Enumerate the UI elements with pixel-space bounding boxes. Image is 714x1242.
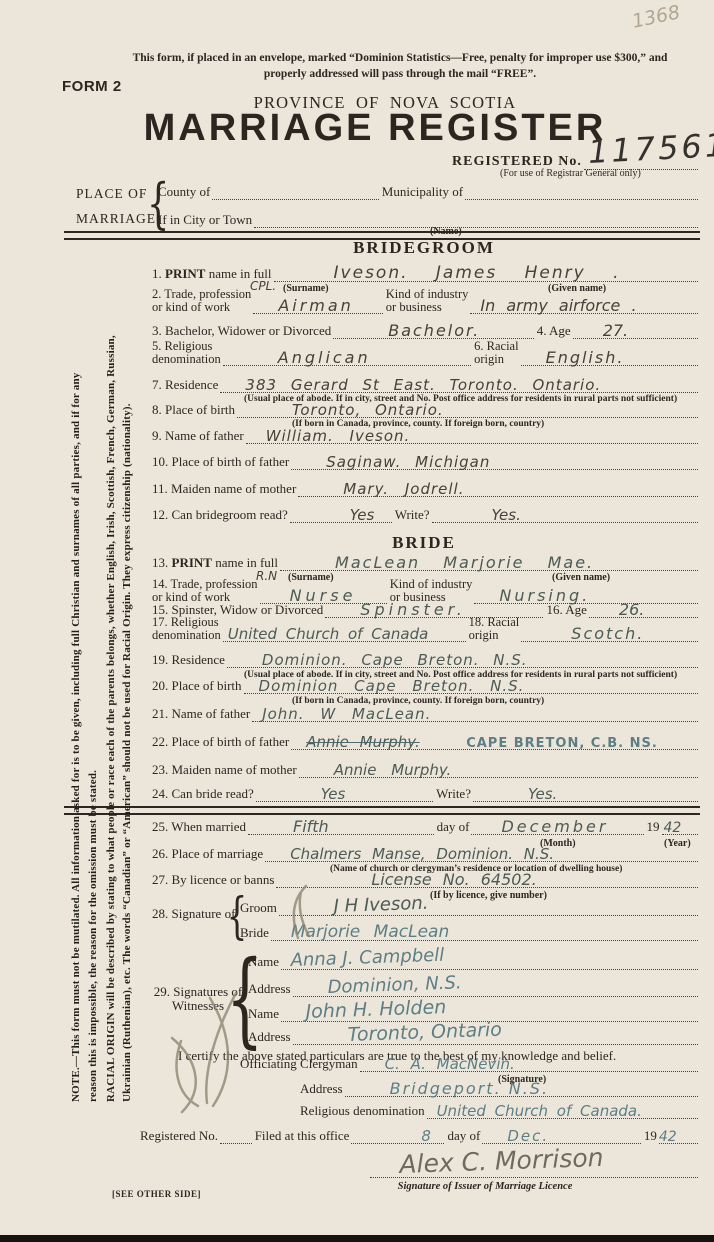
city-town-label: If in City or Town [158, 212, 254, 228]
bride-read-value: Yes [321, 785, 346, 803]
county-row: County of Municipality of [158, 180, 698, 200]
groom-trade-label: 2. Trade, professionor kind of work [152, 288, 253, 314]
sidebar-note-line3: RACIAL ORIGIN will be described by stati… [105, 335, 117, 1102]
filed-dayof-label: day of [447, 1128, 482, 1144]
groom-mother-value: Mary. Jodrell. [343, 480, 464, 498]
groom-write-value: Yes. [492, 506, 521, 524]
bride-signature-row: Bride Marjorie MacLean [240, 921, 698, 941]
bride-read-line: Yes [256, 799, 433, 802]
mail-instructions-line2: properly addressed will pass through the… [110, 66, 690, 82]
witness1-name-value: Anna J. Campbell [290, 945, 444, 971]
licence-line: License No. 64502. [276, 885, 698, 888]
bride-signature-line: Marjorie MacLean [271, 938, 698, 941]
groom-mother-label: 11. Maiden name of mother [152, 481, 298, 497]
witness1-name-label: Name [248, 954, 281, 970]
groom-father-birthplace-label: 10. Place of birth of father [152, 454, 291, 470]
bride-father-line: John. W MacLean. [252, 719, 698, 722]
clergyman-denomination-value: United Church of Canada. [437, 1102, 642, 1120]
filed-day-value: 8 [421, 1127, 431, 1145]
bride-religion-value: United Church of Canada [228, 625, 429, 643]
witness1-address-line: Dominion, N.S. [293, 994, 698, 997]
filed-year-value: 42 [659, 1129, 677, 1145]
clergyman-line: C. A. MacNevin. [360, 1069, 698, 1072]
groom-residence-label: 7. Residence [152, 377, 220, 393]
bride-religion-row: 17. Religiousdenomination United Church … [152, 610, 698, 642]
groom-birthplace-label: 8. Place of birth [152, 402, 237, 418]
bride-birthplace-row: 20. Place of birth Dominion Cape Breton.… [152, 674, 698, 694]
bride-birthplace-line: Dominion Cape Breton. N.S. [244, 691, 698, 694]
bride-write-value: Yes. [528, 785, 557, 803]
witness2-address-value: Toronto, Ontario [347, 1019, 502, 1046]
scan-edge [0, 1235, 714, 1242]
sidebar-note-line4: Ukrainian (Ruthenian), etc. The words “C… [121, 403, 133, 1102]
licence-row: 27. By licence or banns License No. 6450… [152, 868, 698, 888]
bride-racial-label: 18. Racialorigin [469, 616, 522, 642]
bride-father-birthplace-label: 22. Place of birth of father [152, 734, 291, 750]
groom-father-line: William. Iveson. [246, 441, 698, 444]
witness1-address-row: Address Dominion, N.S. [248, 977, 698, 997]
issuer-signature-line: Alex C. Morrison [370, 1175, 698, 1178]
sidebar-note-line1: NOTE.—This form must not be mutilated. A… [70, 373, 82, 1103]
bride-racial-line: Scotch. [521, 639, 698, 642]
groom-birthplace-line: Toronto, Ontario. [237, 415, 698, 418]
bride-write-line: Yes. [473, 799, 698, 802]
bride-write-label: Write? [436, 786, 473, 802]
groom-signature-value: J H Iveson. [333, 893, 429, 917]
bride-birthplace-value: Dominion Cape Breton. N.S. [259, 677, 525, 695]
groom-father-row: 9. Name of father William. Iveson. [152, 424, 698, 444]
witness1-address-value: Dominion, N.S. [327, 972, 462, 998]
groom-birthplace-value: Toronto, Ontario. [292, 401, 444, 419]
groom-religion-line: Anglican [223, 363, 471, 366]
filed-month-value: Dec. [507, 1127, 549, 1145]
sidebar-note-line2: reason this is impossible, the reason fo… [87, 770, 99, 1102]
registrar-use-caption: (For use of Registrar General only) [500, 168, 641, 179]
bride-father-birthplace-value: CAPE BRETON, C.B. NS. [466, 736, 658, 751]
bride-father-birthplace-line: Annie Murphy. CAPE BRETON, C.B. NS. [291, 747, 698, 750]
groom-signature-line: J H Iveson. [279, 913, 698, 916]
witness2-address-row: Address Toronto, Ontario [248, 1025, 698, 1045]
county-line [212, 197, 378, 200]
groom-birthplace-row: 8. Place of birth Toronto, Ontario. [152, 398, 698, 418]
groom-write-line: Yes. [432, 520, 698, 523]
licence-value: License No. 64502. [371, 870, 536, 889]
clergyman-address-label: Address [300, 1081, 345, 1097]
when-married-label: 25. When married [152, 819, 248, 835]
groom-racial-label: 6. Racialorigin [474, 340, 520, 366]
clergyman-row: Officiating Clergyman C. A. MacNevin. [240, 1052, 698, 1072]
groom-trade-line: Airman [253, 311, 382, 314]
bride-birthplace-label: 20. Place of birth [152, 678, 244, 694]
form-number: FORM 2 [62, 78, 122, 95]
mail-instructions-line1: This form, if placed in an envelope, mar… [110, 50, 690, 66]
office-registered-no-label: Registered No. [140, 1128, 220, 1144]
groom-name-value: Iveson. James Henry . [334, 263, 621, 283]
groom-literacy-row: 12. Can bridegroom read? Yes Write? Yes. [152, 502, 698, 523]
struck-out-entry: Annie Murphy. [306, 733, 420, 751]
groom-father-value: William. Iveson. [266, 427, 411, 445]
groom-write-label: Write? [395, 507, 432, 523]
when-married-day-line: Fifth [248, 832, 434, 835]
groom-industry-value: In army airforce . [480, 296, 636, 315]
groom-mother-row: 11. Maiden name of mother Mary. Jodrell. [152, 477, 698, 497]
signature-of-label: 28. Signature of [152, 906, 235, 922]
place-of-marriage-row: 26. Place of marriage Chalmers Manse, Do… [152, 842, 698, 862]
bridegroom-heading: BRIDEGROOM [150, 238, 698, 258]
groom-read-value: Yes [350, 506, 375, 524]
bride-residence-label: 19. Residence [152, 652, 227, 668]
bride-name-row: 13. PRINT name in full MacLean Marjorie … [152, 550, 698, 571]
year-line: 42 [662, 832, 699, 835]
city-town-row: If in City or Town [158, 208, 698, 228]
clergyman-denomination-line: United Church of Canada. [427, 1116, 698, 1119]
groom-trade-value: Airman [278, 296, 354, 315]
bride-literacy-row: 24. Can bride read? Yes Write? Yes. [152, 782, 698, 802]
groom-signature-row: Groom J H Iveson. [240, 896, 698, 916]
place-of-marriage-label: PLACE OF MARRIAGE [76, 181, 156, 231]
groom-residence-value: 383 Gerard St East. Toronto. Ontario. [245, 376, 601, 394]
bride-mother-value: Annie Murphy. [334, 761, 452, 779]
clergyman-label: Officiating Clergyman [240, 1056, 360, 1072]
bride-mother-line: Annie Murphy. [299, 775, 698, 778]
filed-label: Filed at this office [255, 1128, 352, 1144]
bride-residence-value: Dominion. Cape Breton. N.S. [262, 651, 528, 669]
city-town-line [254, 225, 698, 228]
bride-name-line: MacLean Marjorie Mae. [280, 568, 698, 571]
clergyman-denomination-label: Religious denomination [300, 1103, 427, 1119]
see-other-side-note: [SEE OTHER SIDE] [112, 1189, 201, 1199]
groom-father-birthplace-row: 10. Place of birth of father Saginaw. Mi… [152, 450, 698, 470]
municipality-label: Municipality of [382, 184, 465, 200]
bride-mother-label: 23. Maiden name of mother [152, 762, 299, 778]
month-value: December [501, 817, 608, 836]
bride-mother-row: 23. Maiden name of mother Annie Murphy. [152, 758, 698, 778]
bride-father-label: 21. Name of father [152, 706, 252, 722]
registered-no-value: 117561 [587, 126, 714, 171]
bride-religion-label: 17. Religiousdenomination [152, 616, 223, 642]
year-prefix: 19 [647, 819, 662, 835]
bride-residence-row: 19. Residence Dominion. Cape Breton. N.S… [152, 648, 698, 668]
document-title: MARRIAGE REGISTER [140, 107, 610, 150]
groom-read-label: 12. Can bridegroom read? [152, 507, 290, 523]
licence-label: 27. By licence or banns [152, 872, 276, 888]
witness1-name-row: Name Anna J. Campbell [248, 950, 698, 970]
filed-year-prefix: 19 [644, 1128, 659, 1144]
groom-father-label: 9. Name of father [152, 428, 246, 444]
place-of-marriage-row-label: 26. Place of marriage [152, 846, 265, 862]
bride-signature-value: Marjorie MacLean [291, 922, 449, 942]
bride-racial-value: Scotch. [571, 624, 644, 643]
county-label: County of [158, 184, 212, 200]
bride-signature-label: Bride [240, 925, 271, 941]
bride-read-label: 24. Can bride read? [152, 786, 256, 802]
registered-no-row: REGISTERED No. 117561 [452, 146, 698, 170]
groom-name-row: 1. PRINT name in full Iveson. James Henr… [152, 261, 698, 282]
groom-signature-label: Groom [240, 900, 279, 916]
day-of-label: day of [437, 819, 472, 835]
issuer-caption: Signature of Issuer of Marriage Licence [340, 1181, 630, 1192]
witness2-name-label: Name [248, 1006, 281, 1022]
groom-religion-value: Anglican [278, 348, 371, 367]
groom-industry-label: Kind of industryor business [386, 288, 471, 314]
bride-father-value: John. W MacLean. [262, 705, 431, 723]
groom-father-birthplace-line: Saginaw. Michigan [291, 467, 698, 470]
witness2-name-value: John H. Holden [305, 996, 446, 1023]
handwritten-page-number: 1368 [630, 1, 682, 33]
place-of-marriage-value: Chalmers Manse, Dominion. N.S. [290, 845, 554, 863]
bride-father-row: 21. Name of father John. W MacLean. [152, 702, 698, 722]
place-of-marriage-line: Chalmers Manse, Dominion. N.S. [265, 859, 698, 862]
bride-residence-line: Dominion. Cape Breton. N.S. [227, 665, 698, 668]
witness1-name-line: Anna J. Campbell [281, 967, 698, 970]
municipality-line [465, 197, 698, 200]
issuer-signature-value: Alex C. Morrison [399, 1143, 604, 1179]
bride-religion-line: United Church of Canada [223, 639, 466, 642]
mail-instructions: This form, if placed in an envelope, mar… [110, 50, 690, 82]
groom-read-line: Yes [290, 520, 392, 523]
section-divider [64, 806, 700, 815]
office-registered-no-line [220, 1141, 252, 1144]
clergyman-address-line: Bridgeport. N.S. [345, 1094, 698, 1097]
groom-religion-label: 5. Religiousdenomination [152, 340, 223, 366]
filed-day-line: 8 [351, 1141, 444, 1144]
witness2-address-label: Address [248, 1029, 293, 1045]
groom-residence-line: 383 Gerard St East. Toronto. Ontario. [220, 390, 698, 393]
marriage-register-document: 1368 This form, if placed in an envelope… [0, 0, 714, 1242]
bride-father-birthplace-row: 22. Place of birth of father Annie Murph… [152, 730, 698, 750]
groom-trade-row: 2. Trade, professionor kind of work Airm… [152, 282, 698, 314]
month-line: December [471, 832, 643, 835]
issuer-signature-row: Alex C. Morrison [370, 1152, 698, 1178]
groom-residence-row: 7. Residence 383 Gerard St East. Toronto… [152, 372, 698, 393]
clergyman-address-value: Bridgeport. N.S. [390, 1079, 549, 1098]
bride-name-value: MacLean Marjorie Mae. [335, 553, 594, 572]
clergyman-address-row: Address Bridgeport. N.S. [300, 1077, 698, 1097]
groom-mother-line: Mary. Jodrell. [298, 494, 698, 497]
clergyman-signature-value: C. A. MacNevin. [385, 1055, 515, 1073]
groom-father-birthplace-value: Saginaw. Michigan [326, 453, 490, 471]
groom-industry-line: In army airforce . [470, 311, 698, 314]
when-married-row: 25. When married Fifth day of December 1… [152, 815, 698, 835]
filed-year-line: 42 [659, 1141, 698, 1144]
witness2-address-line: Toronto, Ontario [293, 1042, 698, 1045]
when-married-day-value: Fifth [293, 817, 329, 836]
witness1-address-label: Address [248, 981, 293, 997]
filed-row: Registered No. Filed at this office 8 da… [140, 1124, 698, 1144]
groom-racial-line: English. [521, 363, 698, 366]
groom-racial-value: English. [546, 348, 625, 367]
groom-religion-row: 5. Religiousdenomination Anglican 6. Rac… [152, 334, 698, 366]
year-value: 42 [664, 820, 682, 836]
clergyman-denomination-row: Religious denomination United Church of … [300, 1099, 698, 1119]
